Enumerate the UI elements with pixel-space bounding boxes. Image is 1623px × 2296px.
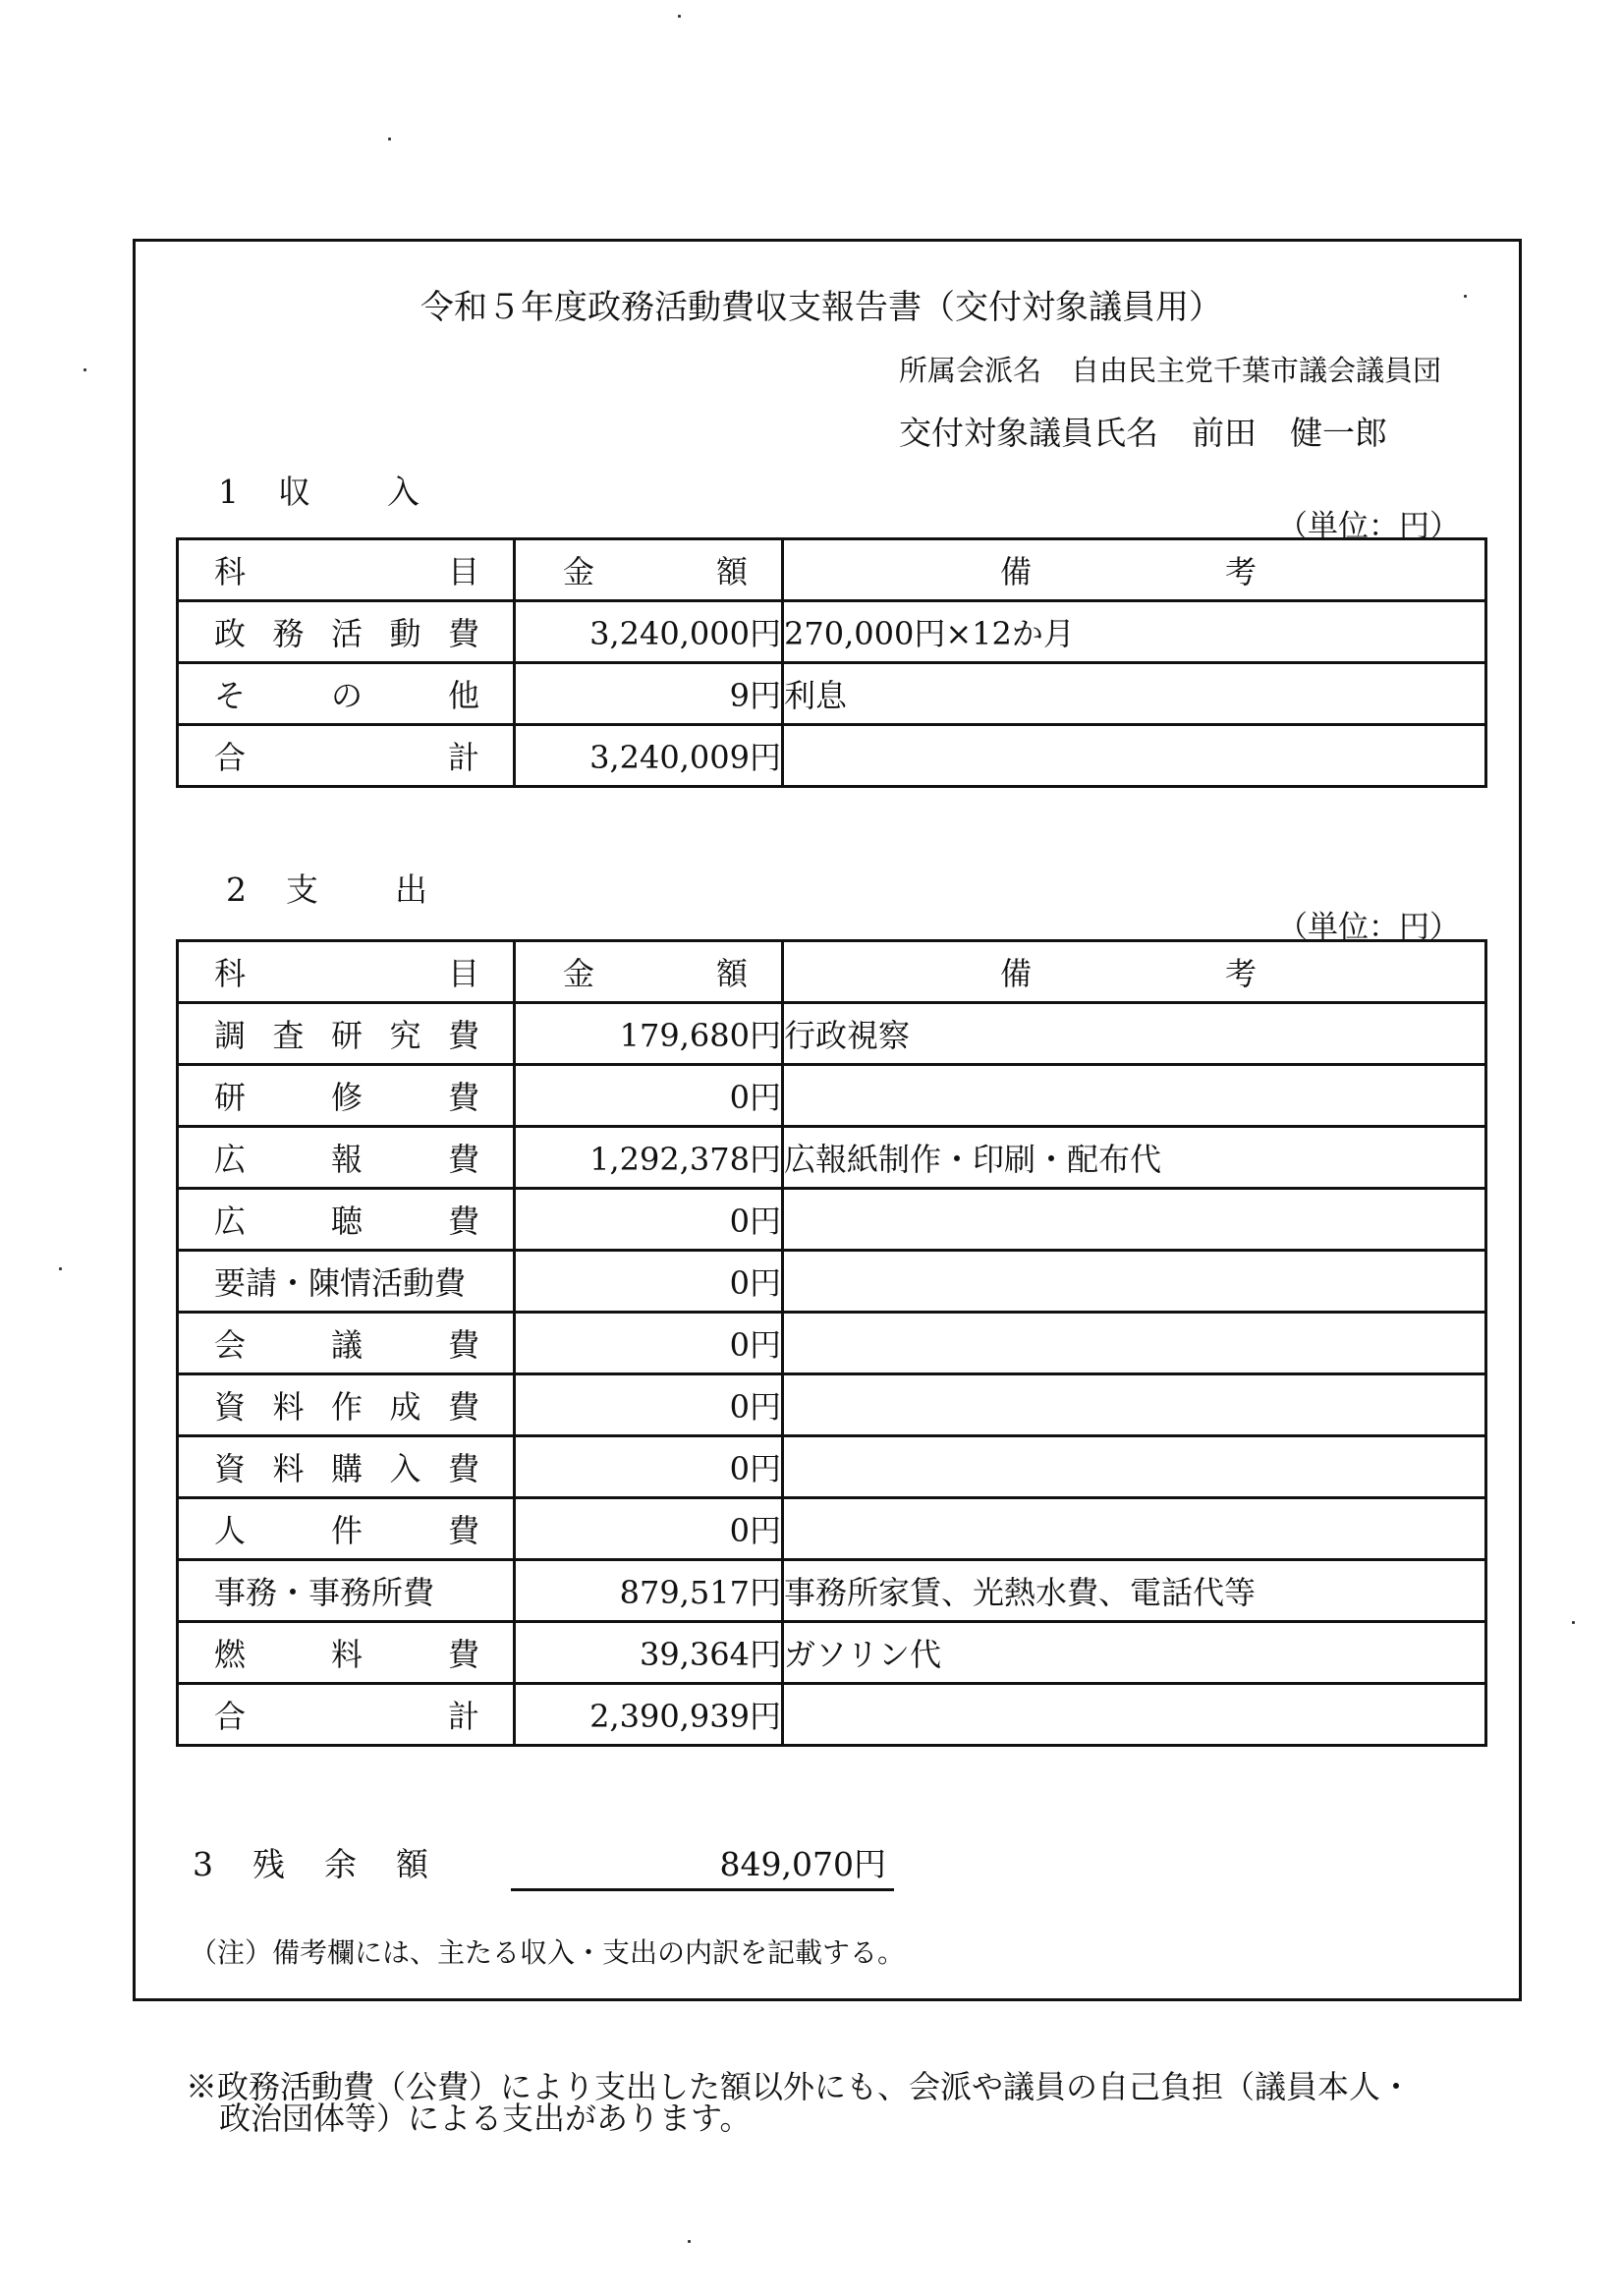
footnote-line-1: ※政務活動費（公費）により支出した額以外にも、会派や議員の自己負担（議員本人・ <box>186 2071 1412 2102</box>
row-category: 燃料費 <box>178 1622 515 1684</box>
row-category: 事務・事務所費 <box>178 1560 515 1622</box>
row-remarks <box>783 1498 1486 1560</box>
table-row: 事務・事務所費 879,517円 事務所家賃、光熱水費、電話代等 <box>178 1560 1486 1622</box>
row-amount: 0円 <box>515 1374 783 1436</box>
remarks-note: （注）備考欄には、主たる収入・支出の内訳を記載する。 <box>190 1932 905 1971</box>
row-remarks: 広報紙制作・印刷・配布代 <box>783 1127 1486 1189</box>
affiliation-line: 所属会派名自由民主党千葉市議会議員団 <box>899 349 1441 389</box>
member-line: 交付対象議員氏名前田健一郎 <box>899 408 1387 454</box>
table-row: 調査研究費 179,680円 行政視察 <box>178 1003 1486 1065</box>
row-amount: 0円 <box>515 1065 783 1127</box>
table-row: 会議費 0円 <box>178 1313 1486 1374</box>
income-section-heading: 1収入 <box>218 467 420 513</box>
row-category: 会議費 <box>178 1313 515 1374</box>
income-table: 科目 金額 備考 政務活動費 3,240,000円 270,000円×12か月 … <box>176 537 1487 788</box>
table-row: 広報費 1,292,378円 広報紙制作・印刷・配布代 <box>178 1127 1486 1189</box>
row-remarks <box>783 1065 1486 1127</box>
section-number: 2 <box>226 870 247 909</box>
table-row: 要請・陳情活動費 0円 <box>178 1251 1486 1313</box>
row-remarks: 事務所家賃、光熱水費、電話代等 <box>783 1560 1486 1622</box>
table-row: 資料作成費 0円 <box>178 1374 1486 1436</box>
row-amount: 0円 <box>515 1436 783 1498</box>
table-header-row: 科目 金額 備考 <box>178 539 1486 601</box>
table-row: 資料購入費 0円 <box>178 1436 1486 1498</box>
expenditure-table: 科目 金額 備考 調査研究費 179,680円 行政視察 研修費 0円 広報費 … <box>176 939 1487 1747</box>
table-row: 研修費 0円 <box>178 1065 1486 1127</box>
row-remarks: ガソリン代 <box>783 1622 1486 1684</box>
row-category: その他 <box>178 663 515 725</box>
balance-label: 3残余額 <box>193 1839 428 1885</box>
row-category: 要請・陳情活動費 <box>178 1251 515 1313</box>
row-category: 合計 <box>178 1684 515 1746</box>
footnote-line-2: 政治団体等）による支出があります。 <box>186 2102 1412 2134</box>
row-remarks <box>783 1189 1486 1251</box>
member-label: 交付対象議員氏名 <box>899 414 1158 452</box>
member-given-name: 健一郎 <box>1290 414 1387 452</box>
footnote: ※政務活動費（公費）により支出した額以外にも、会派や議員の自己負担（議員本人・ … <box>186 2071 1412 2134</box>
scan-speck <box>678 15 681 18</box>
row-remarks <box>783 1313 1486 1374</box>
row-remarks <box>783 725 1486 787</box>
table-header-row: 科目 金額 備考 <box>178 941 1486 1003</box>
row-remarks <box>783 1374 1486 1436</box>
scan-speck <box>59 1267 62 1270</box>
row-amount: 0円 <box>515 1189 783 1251</box>
row-remarks: 利息 <box>783 663 1486 725</box>
row-amount: 0円 <box>515 1251 783 1313</box>
report-title: 令和５年度政務活動費収支報告書（交付対象議員用） <box>411 280 1232 328</box>
row-category: 政務活動費 <box>178 601 515 663</box>
scan-speck <box>1464 295 1467 298</box>
table-row: その他 9円 利息 <box>178 663 1486 725</box>
row-remarks <box>783 1684 1486 1746</box>
affiliation-label: 所属会派名 <box>899 354 1041 387</box>
row-amount: 879,517円 <box>515 1560 783 1622</box>
row-remarks <box>783 1251 1486 1313</box>
row-amount: 2,390,939円 <box>515 1684 783 1746</box>
header-amount: 金額 <box>515 941 783 1003</box>
header-amount: 金額 <box>515 539 783 601</box>
table-total-row: 合計 2,390,939円 <box>178 1684 1486 1746</box>
section-number: 3 <box>193 1845 213 1883</box>
row-category: 広聴費 <box>178 1189 515 1251</box>
balance-amount: 849,070円 <box>511 1839 886 1885</box>
row-category: 人件費 <box>178 1498 515 1560</box>
row-category: 広報費 <box>178 1127 515 1189</box>
row-amount: 179,680円 <box>515 1003 783 1065</box>
table-row: 広聴費 0円 <box>178 1189 1486 1251</box>
row-remarks: 270,000円×12か月 <box>783 601 1486 663</box>
scan-speck <box>1572 1621 1575 1624</box>
member-family-name: 前田 <box>1192 414 1257 452</box>
row-amount: 0円 <box>515 1313 783 1374</box>
row-category: 資料購入費 <box>178 1436 515 1498</box>
section-number: 1 <box>218 473 239 511</box>
scan-speck <box>388 138 391 140</box>
header-category: 科目 <box>178 539 515 601</box>
row-remarks: 行政視察 <box>783 1003 1486 1065</box>
row-amount: 3,240,009円 <box>515 725 783 787</box>
row-category: 資料作成費 <box>178 1374 515 1436</box>
row-amount: 9円 <box>515 663 783 725</box>
balance-underline <box>511 1888 894 1891</box>
row-category: 研修費 <box>178 1065 515 1127</box>
header-remarks: 備考 <box>783 539 1486 601</box>
table-row: 燃料費 39,364円 ガソリン代 <box>178 1622 1486 1684</box>
table-row: 人件費 0円 <box>178 1498 1486 1560</box>
scan-speck <box>688 2240 691 2243</box>
row-amount: 0円 <box>515 1498 783 1560</box>
row-remarks <box>783 1436 1486 1498</box>
table-total-row: 合計 3,240,009円 <box>178 725 1486 787</box>
row-category: 調査研究費 <box>178 1003 515 1065</box>
scan-speck <box>84 368 86 371</box>
affiliation-value: 自由民主党千葉市議会議員団 <box>1071 354 1441 387</box>
row-amount: 1,292,378円 <box>515 1127 783 1189</box>
row-amount: 39,364円 <box>515 1622 783 1684</box>
header-category: 科目 <box>178 941 515 1003</box>
row-amount: 3,240,000円 <box>515 601 783 663</box>
expenditure-section-heading: 2支出 <box>226 865 427 911</box>
row-category: 合計 <box>178 725 515 787</box>
header-remarks: 備考 <box>783 941 1486 1003</box>
table-row: 政務活動費 3,240,000円 270,000円×12か月 <box>178 601 1486 663</box>
